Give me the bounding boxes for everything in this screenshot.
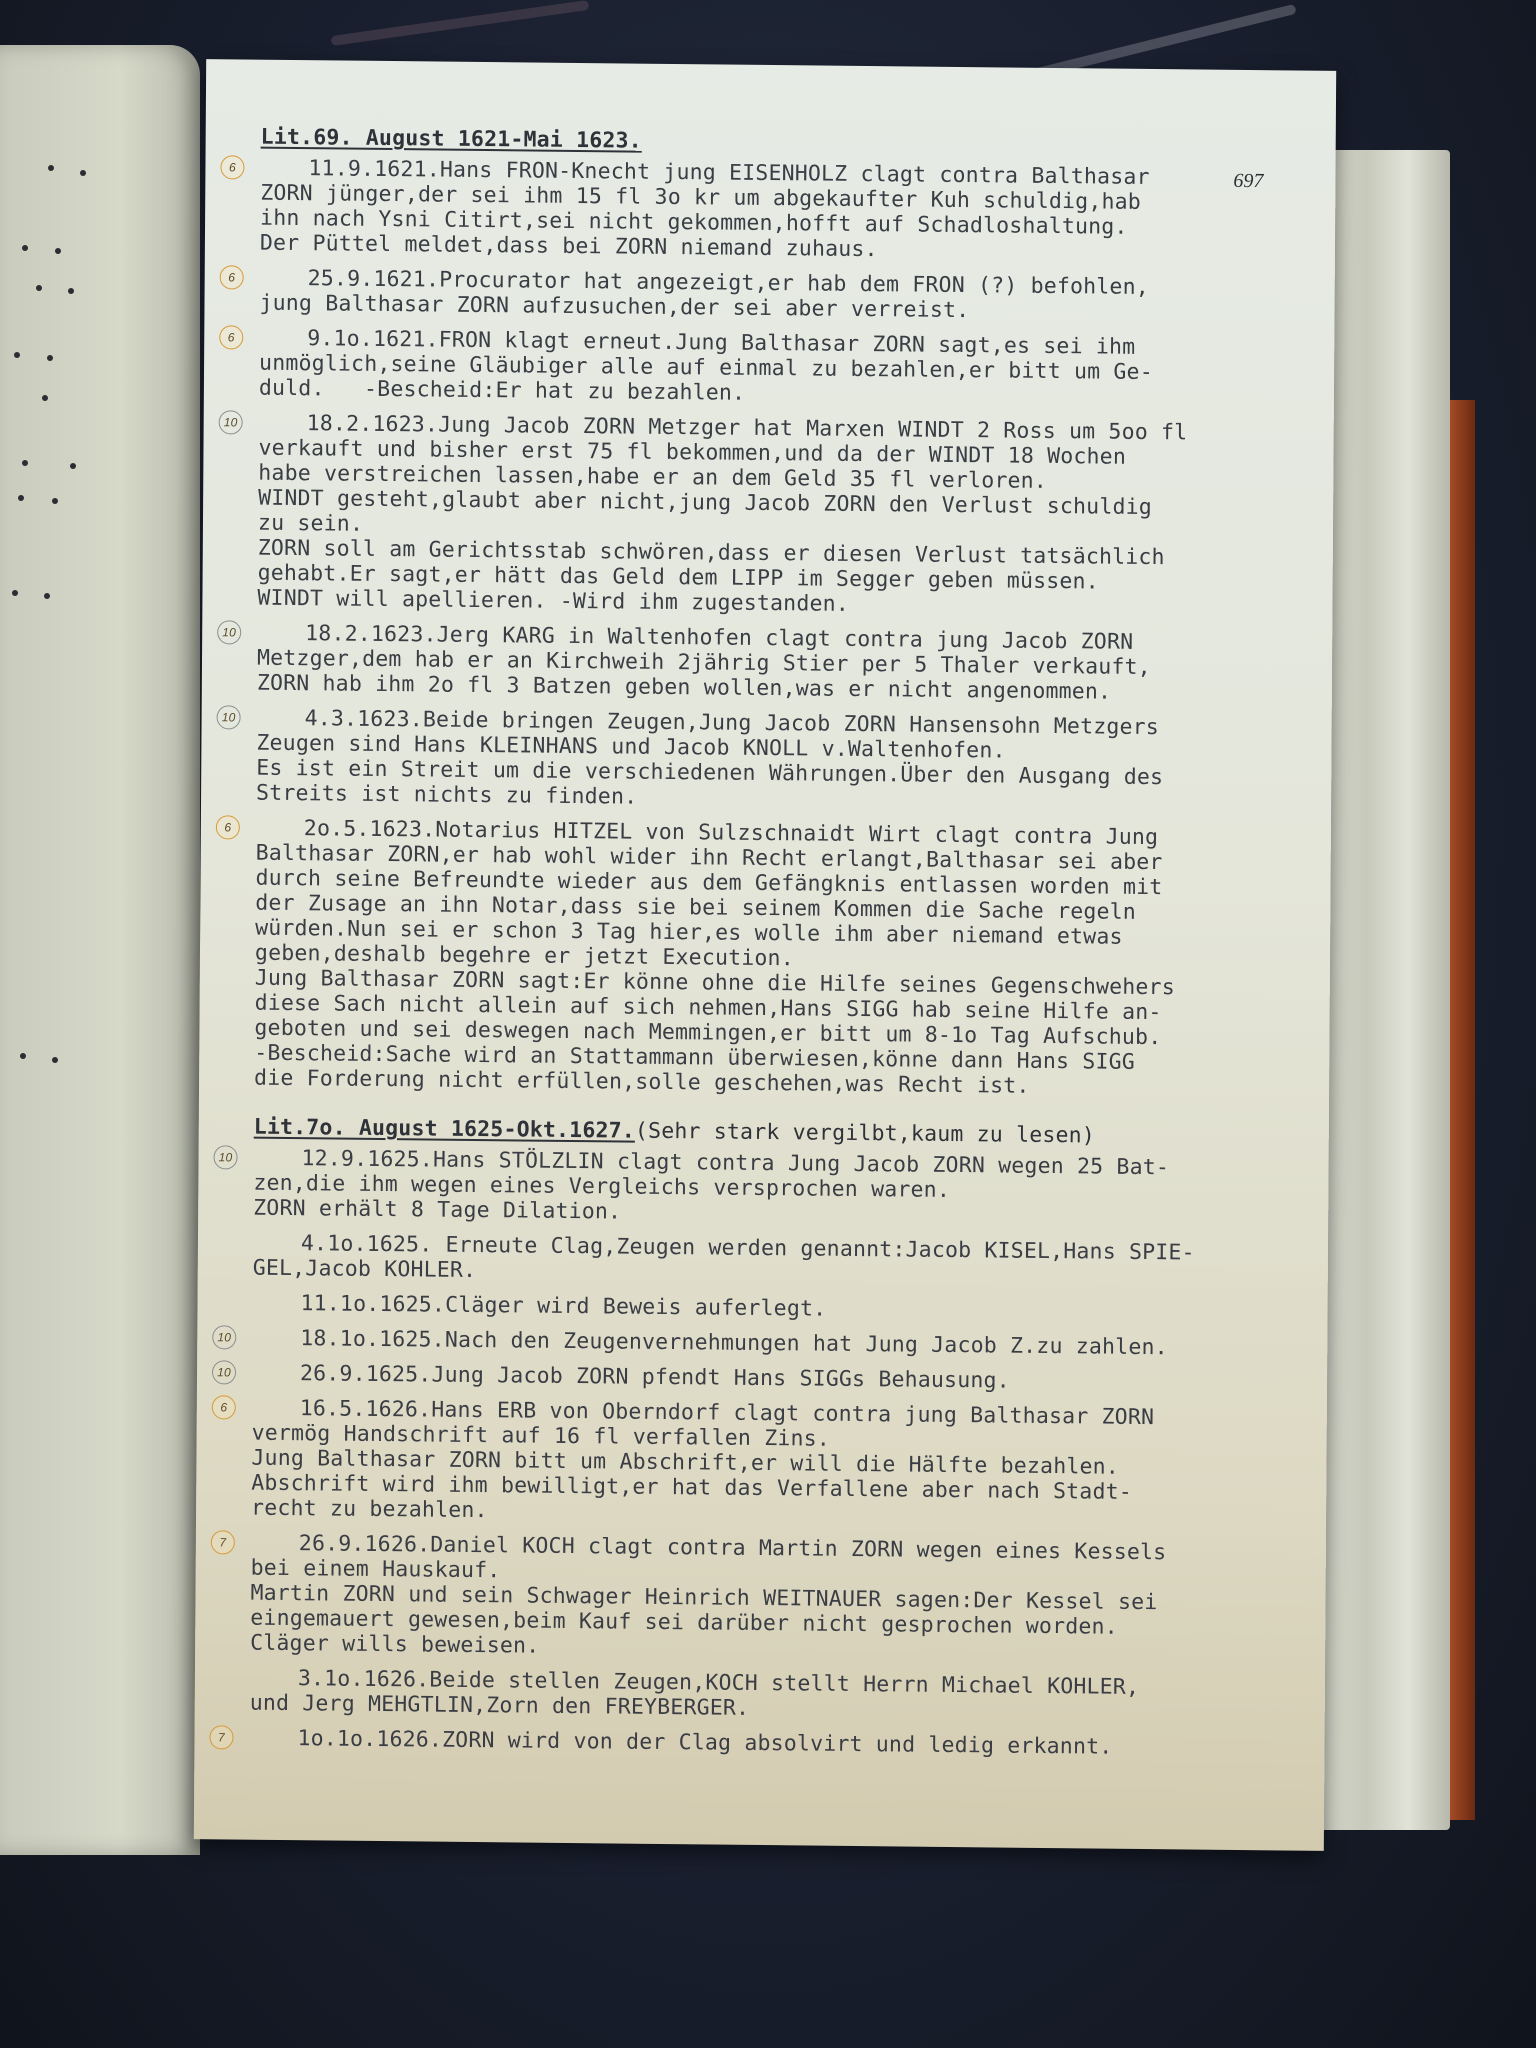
court-entry: 1018.2.1623.Jerg KARG in Waltenhofen cla… <box>257 621 1338 707</box>
bleed-dot <box>48 165 54 171</box>
court-entry: 104.3.1623.Beide bringen Zeugen,Jung Jac… <box>256 706 1337 817</box>
margin-note-circle: 10 <box>217 620 241 644</box>
bleed-dot <box>42 395 48 401</box>
margin-note-circle: 10 <box>212 1360 236 1384</box>
bleed-dot <box>52 1057 58 1063</box>
bleed-dot <box>22 460 28 466</box>
section-heading-text: Lit.7o. August 1625-Okt.1627. <box>254 1115 635 1144</box>
bleed-dot <box>20 1053 26 1059</box>
court-entry: 616.5.1626.Hans ERB von Oberndorf clagt … <box>251 1396 1332 1532</box>
margin-note-circle: 10 <box>217 705 241 729</box>
margin-note-circle: 10 <box>212 1325 236 1349</box>
bleed-dot <box>36 285 42 291</box>
margin-note-circle: 6 <box>212 1395 236 1419</box>
margin-note-circle: 7 <box>211 1530 235 1554</box>
bleed-dot <box>14 352 20 358</box>
section-heading: Lit.69. August 1621-Mai 1623. <box>261 125 1341 161</box>
margin-note-circle: 6 <box>219 325 243 349</box>
background-rug-stripe <box>331 0 590 46</box>
bleed-dot <box>44 593 50 599</box>
court-entry: 69.1o.1621.FRON klagt erneut.Jung Baltha… <box>259 326 1340 412</box>
document-page: 697 Lit.69. August 1621-Mai 1623.611.9.1… <box>194 59 1336 1851</box>
court-entry: 1018.1o.1625.Nach den Zeugenvernehmungen… <box>252 1326 1332 1362</box>
court-entry: 1018.2.1623.Jung Jacob ZORN Metzger hat … <box>257 411 1338 622</box>
court-entry: 625.9.1621.Procurator hat angezeigt,er h… <box>259 266 1339 327</box>
court-entry: 71o.1o.1626.ZORN wird von der Clag absol… <box>249 1726 1329 1762</box>
court-entry: 3.1o.1626.Beide stellen Zeugen,KOCH stel… <box>250 1666 1330 1727</box>
document-content: Lit.69. August 1621-Mai 1623.611.9.1621.… <box>249 125 1340 1772</box>
bleed-dot <box>80 170 86 176</box>
court-entry: 1026.9.1625.Jung Jacob ZORN pfendt Hans … <box>252 1361 1332 1397</box>
court-entry: 1012.9.1625.Hans STÖLZLIN clagt contra J… <box>253 1146 1334 1232</box>
bleed-dot <box>18 495 24 501</box>
court-entry: 726.9.1626.Daniel KOCH clagt contra Mart… <box>250 1531 1331 1667</box>
court-entry: 611.9.1621.Hans FRON-Knecht jung EISENHO… <box>260 156 1341 267</box>
court-entry: 4.1o.1625. Erneute Clag,Zeugen werden ge… <box>253 1231 1333 1292</box>
bleed-dot <box>52 498 58 504</box>
margin-note-circle: 7 <box>209 1725 233 1749</box>
bleed-dot <box>12 590 18 596</box>
court-entry: 11.1o.1625.Cläger wird Beweis auferlegt. <box>252 1291 1332 1327</box>
bleed-dot <box>47 355 53 361</box>
entry-line: 18.1o.1625.Nach den Zeugenvernehmungen h… <box>252 1326 1332 1362</box>
margin-note-circle: 6 <box>220 155 244 179</box>
bleed-dot <box>68 288 74 294</box>
bleed-dot <box>22 245 28 251</box>
bleed-dot <box>70 463 76 469</box>
entry-line: 26.9.1625.Jung Jacob ZORN pfendt Hans SI… <box>252 1361 1332 1397</box>
entry-line: 11.1o.1625.Cläger wird Beweis auferlegt. <box>252 1291 1332 1327</box>
entry-line: 1o.1o.1626.ZORN wird von der Clag absolv… <box>249 1726 1329 1762</box>
margin-note-circle: 6 <box>220 265 244 289</box>
court-entry: 62o.5.1623.Notarius HITZEL von Sulzschna… <box>254 816 1336 1102</box>
section-heading-text: Lit.69. August 1621-Mai 1623. <box>261 125 642 154</box>
bleed-dot <box>55 248 61 254</box>
margin-note-circle: 10 <box>213 1145 237 1169</box>
margin-note-circle: 6 <box>216 815 240 839</box>
left-facing-page <box>0 45 200 1855</box>
margin-note-circle: 10 <box>219 410 243 434</box>
section-heading-note: (Sehr stark vergilbt,kaum zu lesen) <box>635 1119 1095 1149</box>
